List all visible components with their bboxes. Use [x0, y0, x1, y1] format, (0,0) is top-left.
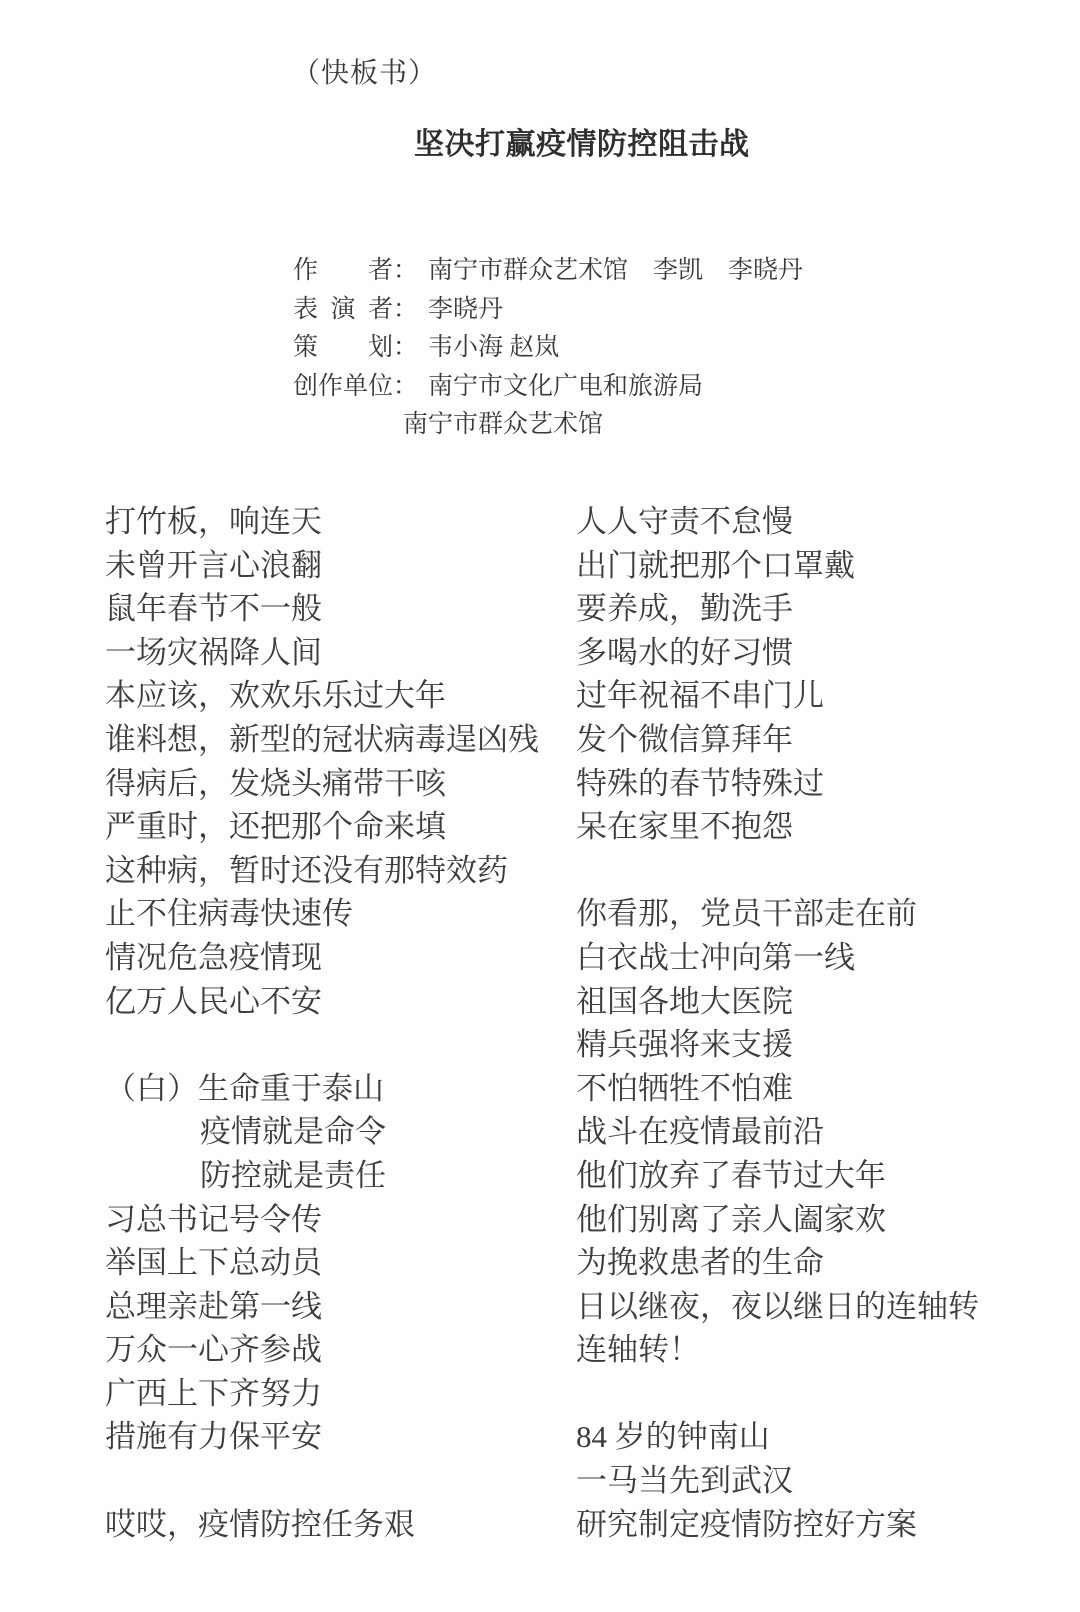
verse-line: 本应该，欢欢乐乐过大年 — [105, 674, 570, 718]
credit-value: 南宁市群众艺术馆 — [403, 406, 603, 445]
verse-line: 打竹板，响连天 — [105, 500, 570, 544]
verse-line: 鼠年春节不一般 — [105, 587, 570, 631]
verse-line: 他们放弃了春节过大年 — [576, 1154, 1056, 1198]
credit-value: 韦小海 赵岚 — [428, 329, 559, 368]
verse-line: 多喝水的好习惯 — [576, 631, 1056, 675]
credit-label: 表演者 — [293, 291, 393, 330]
verse-line: 连轴转！ — [576, 1328, 1056, 1372]
verse-line: 祖国各地大医院 — [576, 980, 1056, 1024]
verse-line: 举国上下总动员 — [105, 1241, 570, 1285]
verse-column-left: 打竹板，响连天未曾开言心浪翻鼠年春节不一般一场灾祸降人间本应该，欢欢乐乐过大年谁… — [105, 500, 570, 1546]
verse-line: 一马当先到武汉 — [576, 1459, 1056, 1503]
verse-line: 疫情就是命令 — [105, 1110, 570, 1154]
credit-value: 李晓丹 — [428, 291, 503, 330]
verse-line: 精兵强将来支援 — [576, 1023, 1056, 1067]
verse-line: 严重时，还把那个命来填 — [105, 805, 570, 849]
verse-line: 84 岁的钟南山 — [576, 1415, 1056, 1459]
verse-line: 日以继夜，夜以继日的连轴转 — [576, 1285, 1056, 1329]
credit-label: 创作单位 — [293, 368, 393, 407]
verse-line: 研究制定疫情防控好方案 — [576, 1503, 1056, 1547]
credit-colon: ： — [393, 291, 418, 330]
credit-colon: ： — [393, 368, 418, 407]
credit-label: 作者 — [293, 252, 393, 291]
credit-value: 南宁市文化广电和旅游局 — [428, 368, 703, 407]
verse-line: 习总书记号令传 — [105, 1198, 570, 1242]
verse-line: 过年祝福不串门儿 — [576, 674, 1056, 718]
verse-line: 出门就把那个口罩戴 — [576, 544, 1056, 588]
credits-block: 作者：南宁市群众艺术馆 李凯 李晓丹 表演者：李晓丹 策划：韦小海 赵岚 创作单… — [293, 252, 803, 445]
credit-row-unit-continued: 南宁市群众艺术馆 — [293, 406, 803, 445]
verse-line: 特殊的春节特殊过 — [576, 762, 1056, 806]
credit-value: 南宁市群众艺术馆 李凯 李晓丹 — [428, 252, 803, 291]
verse-line: 措施有力保平安 — [105, 1415, 570, 1459]
verse-column-right: 人人守责不怠慢出门就把那个口罩戴要养成，勤洗手多喝水的好习惯过年祝福不串门儿发个… — [576, 500, 1056, 1546]
credit-label: 策划 — [293, 329, 393, 368]
verse-line: 未曾开言心浪翻 — [105, 544, 570, 588]
verse-line: 白衣战士冲向第一线 — [576, 936, 1056, 980]
credit-row-performer: 表演者：李晓丹 — [293, 291, 803, 330]
verse-line: 不怕牺牲不怕难 — [576, 1067, 1056, 1111]
verse-line: 得病后，发烧头痛带干咳 — [105, 762, 570, 806]
verse-line: 情况危急疫情现 — [105, 936, 570, 980]
verse-line: 一场灾祸降人间 — [105, 631, 570, 675]
verse-line: 哎哎，疫情防控任务艰 — [105, 1503, 570, 1547]
verse-line: 你看那，党员干部走在前 — [576, 892, 1056, 936]
verse-line: 万众一心齐参战 — [105, 1328, 570, 1372]
verse-line: 广西上下齐努力 — [105, 1372, 570, 1416]
verse-line: 呆在家里不抱怨 — [576, 805, 1056, 849]
verse-line: 战斗在疫情最前沿 — [576, 1110, 1056, 1154]
verse-line: 他们别离了亲人阖家欢 — [576, 1198, 1056, 1242]
verse-line: 这种病，暂时还没有那特效药 — [105, 849, 570, 893]
credit-row-unit: 创作单位：南宁市文化广电和旅游局 — [293, 368, 803, 407]
verse-line: 止不住病毒快速传 — [105, 892, 570, 936]
credit-row-planner: 策划：韦小海 赵岚 — [293, 329, 803, 368]
genre-label: （快板书） — [292, 56, 437, 92]
verse-line: 亿万人民心不安 — [105, 980, 570, 1024]
document-page: （快板书） 坚决打赢疫情防控阻击战 作者：南宁市群众艺术馆 李凯 李晓丹 表演者… — [0, 0, 1080, 1612]
verse-line: 为挽救患者的生命 — [576, 1241, 1056, 1285]
credit-row-author: 作者：南宁市群众艺术馆 李凯 李晓丹 — [293, 252, 803, 291]
credit-colon: ： — [393, 252, 418, 291]
verse-line: 发个微信算拜年 — [576, 718, 1056, 762]
verse-line: 谁料想，新型的冠状病毒逞凶残 — [105, 718, 570, 762]
verse-line: 人人守责不怠慢 — [576, 500, 1056, 544]
verse-line: （白）生命重于泰山 — [105, 1067, 570, 1111]
verse-line: 总理亲赴第一线 — [105, 1285, 570, 1329]
verse-line: 防控就是责任 — [105, 1154, 570, 1198]
credit-colon: ： — [393, 329, 418, 368]
page-title: 坚决打赢疫情防控阻击战 — [414, 126, 750, 164]
verse-line: 要养成，勤洗手 — [576, 587, 1056, 631]
